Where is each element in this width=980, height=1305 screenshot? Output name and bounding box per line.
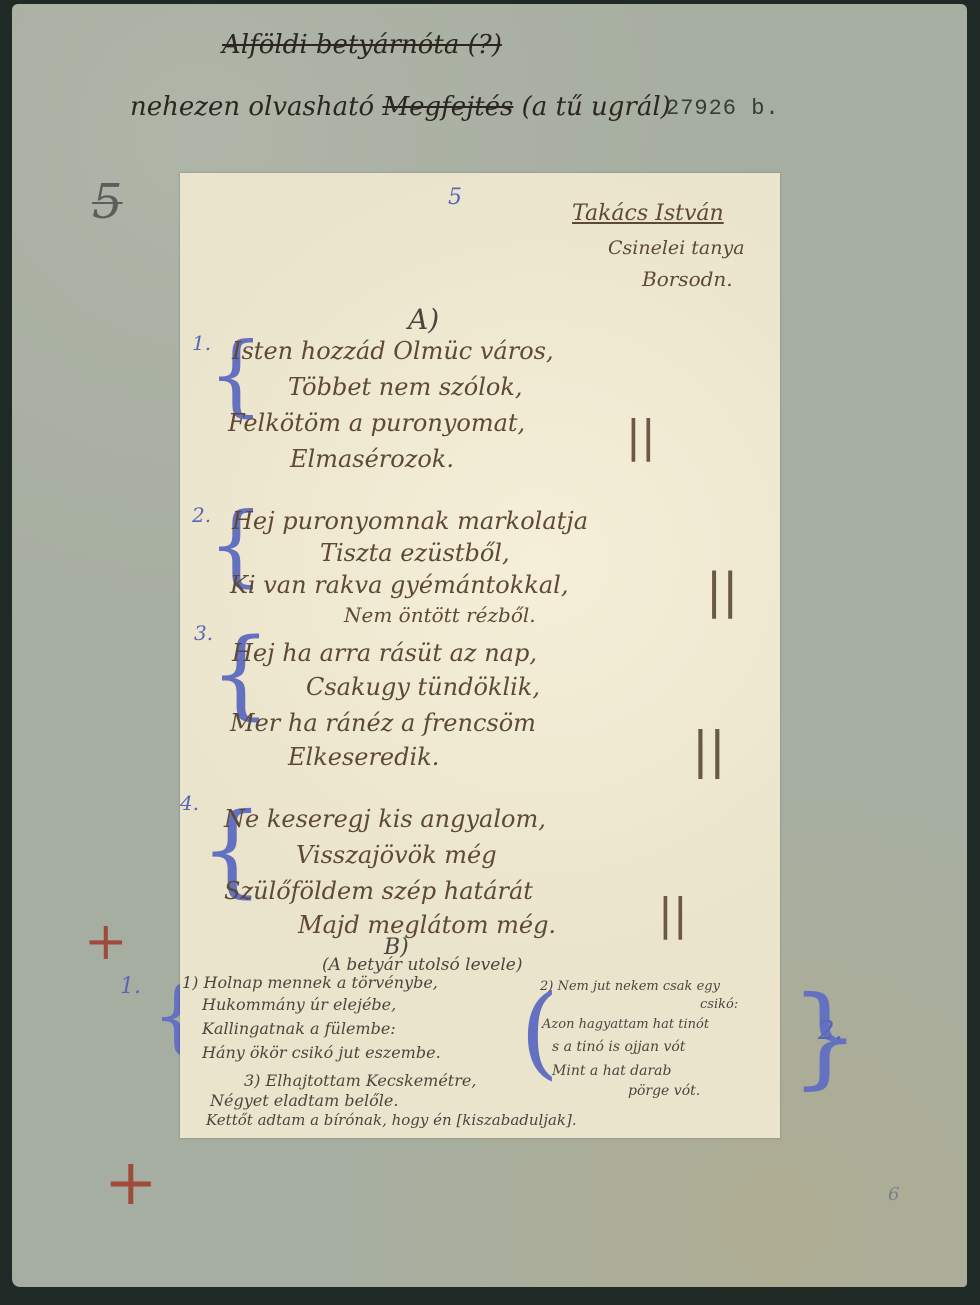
singer-place-2: Borsodn. [642, 267, 733, 291]
bottom-pencil-number: 6 [888, 1184, 899, 1205]
manuscript-sheet: 5 Takács István Csinelei tanya Borsodn. … [180, 173, 780, 1138]
b-part2-line: Azon hagyattam hat tinót [542, 1017, 709, 1032]
repeat-bar-icon: || [658, 889, 688, 940]
red-cross-mark: + [84, 912, 128, 972]
stanza-line: Ne keseregj kis angyalom, [224, 805, 546, 833]
b-part3-line: 3) Elhajtottam Kecskemétre, [244, 1071, 476, 1090]
stanza-line: Hej ha arra rásüt az nap, [232, 639, 537, 667]
b-part2-line: Mint a hat darab [552, 1063, 671, 1079]
section-a-label: A) [408, 303, 439, 336]
stanza-number: 4. [180, 791, 199, 815]
sheet-page-number: 5 [448, 185, 462, 210]
stanza-line: Majd meglátom még. [298, 911, 556, 939]
section-b-title: (A betyár utolsó levele) [322, 955, 522, 975]
stanza-line: Többet nem szólok, [288, 373, 523, 401]
repeat-bar-icon: || [706, 563, 738, 619]
red-cross-mark-bottom: + [104, 1146, 158, 1220]
singer-name: Takács István [572, 201, 724, 226]
b-part1-line: Hukommány úr elejébe, [202, 995, 396, 1014]
stanza-line: Tiszta ezüstből, [320, 539, 510, 567]
stanza-line: Elkeseredik. [288, 743, 439, 771]
stanza-line: Isten hozzád Olmüc város, [232, 337, 554, 365]
b-part2-line: csikó: [700, 997, 738, 1012]
header-annotation: nehezen olvasható Megfejtés (a tű ugrál) [130, 92, 671, 122]
stanza-line: Mer ha ránéz a frencsöm [230, 709, 536, 737]
b-part3-line: Négyet eladtam belőle. [210, 1091, 398, 1110]
singer-place-1: Csinelei tanya [608, 237, 745, 259]
right-part-number: 2. [818, 1016, 843, 1046]
stanza-line: Elmasérozok. [290, 445, 454, 473]
b-part2-line: 2) Nem jut nekem csak egy [540, 979, 720, 994]
b-part1-line: Hány ökör csikó jut eszembe. [202, 1043, 441, 1062]
b-part3-line: Kettőt adtam a bírónak, hogy én [kiszaba… [206, 1111, 577, 1129]
stanza-line: Visszajövök még [296, 841, 497, 869]
b-part2-line: pörge vót. [628, 1083, 700, 1099]
repeat-bar-icon: || [692, 721, 726, 779]
header-note-start: nehezen olvasható [130, 92, 374, 122]
header-note-paren: (a tű ugrál) [522, 92, 671, 122]
b-part1-line: Kallingatnak a fülembe: [202, 1019, 396, 1038]
mount-page-number: 5 [92, 174, 123, 230]
b-part1-line: 1) Holnap mennek a törvénybe, [182, 973, 438, 992]
stanza-line: Nem öntött rézből. [344, 603, 536, 627]
stanza-line: Felkötöm a puronyomat, [228, 409, 525, 437]
header-struck-title: Alföldi betyárnóta (?) [222, 30, 502, 60]
left-part-number: 1. [120, 974, 141, 999]
header-struck-word: Megfejtés [382, 92, 513, 122]
stanza-line: Szülőföldem szép határát [224, 877, 533, 905]
catalog-number: 27926 b. [666, 96, 780, 121]
stanza-line: Csakugy tündöklik, [306, 673, 540, 701]
b-part2-line: s a tinó is ojjan vót [552, 1039, 685, 1055]
repeat-bar-icon: || [626, 411, 656, 462]
stanza-line: Ki van rakva gyémántokkal, [230, 571, 568, 599]
stanza-line: Hej puronyomnak markolatja [232, 507, 588, 535]
